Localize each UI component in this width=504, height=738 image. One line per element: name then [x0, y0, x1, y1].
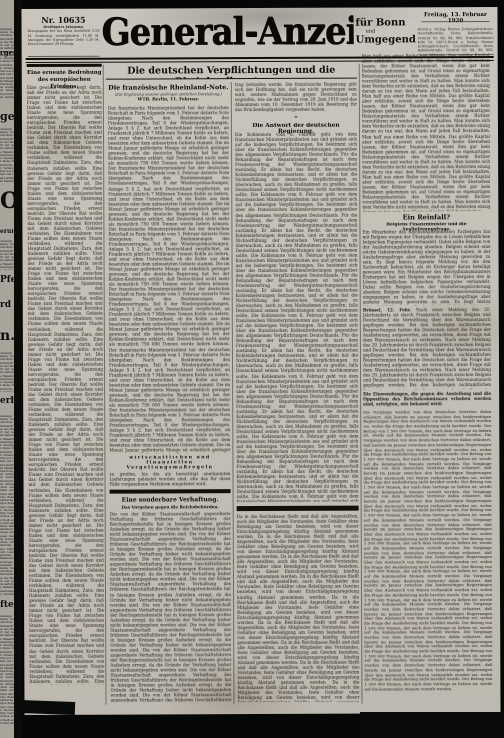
column-rule	[231, 82, 235, 704]
col2-body: Die von der Kölner Staatsanwaltschaft an…	[110, 511, 232, 702]
date-publisher-box: Freitag, 13. Februar 1920 Druck u. Verla…	[417, 12, 493, 54]
col4-body: Man half aus einer Reihe von Mitteln. Da…	[362, 53, 491, 212]
section-bar	[27, 64, 102, 67]
issue-number: Nr. 10635	[27, 15, 99, 25]
date-line: Freitag, 13. Februar 1920	[417, 12, 493, 24]
edge-tiny-text: Anzeigen kleine Nachrichten Vermischtes …	[0, 240, 14, 270]
edge-fragment: n.	[0, 328, 14, 344]
masthead-title: General-Anzeiger	[101, 10, 353, 55]
edge-fragment: Pferd	[0, 275, 14, 285]
col3-body: Da in die Reichskasse fließt und daß all…	[237, 514, 360, 703]
main-headline: Die deutschen Verpflichtungen und die Rh…	[106, 65, 357, 80]
publisher-info: Druck u. Verlag: Bonner Zeitungsdruckere…	[418, 27, 494, 53]
col2-emphasis: wirtschaftlichen und finanziellen Vergel…	[109, 455, 230, 471]
masthead-subtitle: für Bonn und Umgegend	[356, 17, 414, 45]
col2-body: zu greifen, bis die als berechtigt anerk…	[109, 471, 230, 487]
section-bar	[110, 489, 231, 494]
edge-fragment: ger	[0, 110, 14, 123]
edge-fragment: O	[0, 188, 14, 214]
edge-fragment: fte	[0, 600, 14, 610]
col4-report-text: Nach einer Meldung des 20. Jahrhunderts …	[363, 307, 491, 390]
subtitle-line-3: Umgegend	[356, 34, 414, 45]
edge-tiny-text: Anzeigen kleine Nachrichten Vermischtes …	[0, 415, 14, 595]
newspaper-scan: Anzeigen kleine Nachrichten Vermischtes …	[0, 0, 504, 738]
edge-tiny-text: Anzeigen kleine Nachrichten Vermischtes …	[0, 615, 14, 725]
issue-info-box: Nr. 10635 Dreißigster Jahrgang. Bezugspr…	[27, 15, 99, 55]
col1-body: Eine gewisse Gefahr liegt darin, daß der…	[27, 85, 105, 685]
edge-tiny-text: Anzeigen kleine Nachrichten Vermischtes …	[0, 128, 14, 183]
scan-smudge	[20, 700, 75, 715]
edge-fragment: erung	[0, 228, 14, 235]
edge-fragment: rd	[0, 300, 14, 310]
col4-report: Brüssel, 12. Febr. Nach einer Meldung de…	[363, 307, 491, 390]
edge-tiny-text: Anzeigen kleine Nachrichten Vermischtes …	[0, 28, 14, 98]
edge-fragment: rger	[0, 48, 14, 57]
col4-heading: Ein Reinfall?	[362, 213, 490, 222]
edge-tiny-text: Anzeigen kleine Nachrichten Vermischtes …	[0, 352, 14, 392]
newspaper-page: Nr. 10635 Dreißigster Jahrgang. Bezugspr…	[21, 7, 500, 715]
subtitle-line-1: für Bonn	[356, 17, 414, 28]
col2-body: Der französische Ministerpräsident hat d…	[108, 105, 231, 454]
col2-subnote: (Zur Ergänzung unserer gestrigen amtlich…	[108, 92, 229, 97]
col2-subhead: Die französische Rheinland-Note.	[108, 83, 229, 92]
col2-subtitle-2: Das Vorgehen gegen die Reichsbehörden.	[110, 504, 231, 510]
subscription-info: Bezugspreis frei ins Haus monatlich 2.50…	[28, 29, 100, 51]
col3-body: Die Kohlennote vom 8. Februar geht von d…	[235, 132, 359, 503]
col3-continuation: trag befunden werde. Die französische Re…	[235, 82, 357, 115]
scan-smudge	[360, 712, 504, 738]
edge-fragment: erbe	[0, 396, 14, 406]
section-bar	[237, 506, 359, 511]
col2-heading-2: Eine sonderbare Verhaftung.	[110, 496, 231, 504]
col4-body: Ein Mitarbeiter des Reichsfinanzminister…	[362, 229, 490, 306]
col2-dateline: WTB. Berlin, 11. Februar.	[108, 97, 229, 103]
adjacent-page-strip: Anzeigen kleine Nachrichten Vermischtes …	[0, 0, 14, 738]
col4-body-small: Die Vorgänge werden von dem deutschen Ve…	[363, 410, 492, 697]
masthead: General-Anzeiger	[101, 12, 353, 57]
star-divider: *	[235, 115, 357, 123]
col4-bold-para: Die Einwendungen, die gegen die Anstellu…	[363, 391, 491, 409]
